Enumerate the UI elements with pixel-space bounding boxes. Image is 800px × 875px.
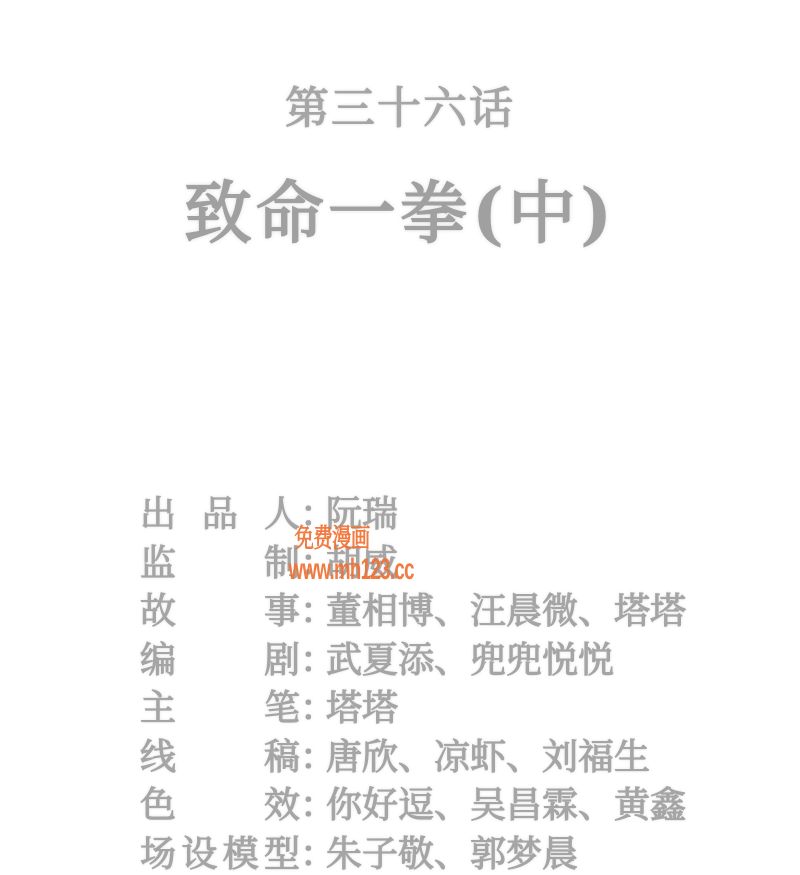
watermark: 免费漫画 www.mh123.cc [262,525,402,585]
credit-row-line-art: 线 稿 ： 唐欣、凉虾、刘福生 [140,733,686,782]
credits-list: 出 品 人 ： 阮瑞 监 制 ： 胡威 故 事 ： 董相博、汪晨微、塔塔 编 剧… [140,490,686,875]
credit-row-screenplay: 编 剧 ： 武夏添、兜兜悦悦 [140,636,686,685]
credit-role: 故 事 [140,587,300,635]
credit-row-producer: 出 品 人 ： 阮瑞 [140,490,686,539]
credit-names: 武夏添、兜兜悦悦 [326,636,614,684]
watermark-text: 免费漫画 [280,525,385,551]
credit-row-scene-models: 场 设 模 型 ： 朱子敬、郭梦晨 [140,830,686,875]
chapter-title: 致命一拳(中) [0,160,800,257]
credit-names: 塔塔 [326,684,398,732]
credit-names: 董相博、汪晨微、塔塔 [326,587,686,635]
credit-role: 编 剧 [140,636,300,684]
credit-names: 朱子敬、郭梦晨 [326,830,578,875]
credit-names: 唐欣、凉虾、刘福生 [326,733,650,781]
chapter-number: 第三十六话 [0,72,800,136]
credit-row-lead-artist: 主 笔 ： 塔塔 [140,684,686,733]
credit-role: 主 笔 [140,684,300,732]
credit-row-story: 故 事 ： 董相博、汪晨微、塔塔 [140,587,686,636]
watermark-url: www.mh123.cc [289,555,376,585]
credit-role: 线 稿 [140,733,300,781]
credit-role: 场 设 模 型 [140,830,300,875]
credit-role: 色 效 [140,781,300,829]
credit-names: 你好逗、吴昌霖、黄鑫 [326,781,686,829]
credit-row-color-effects: 色 效 ： 你好逗、吴昌霖、黄鑫 [140,781,686,830]
